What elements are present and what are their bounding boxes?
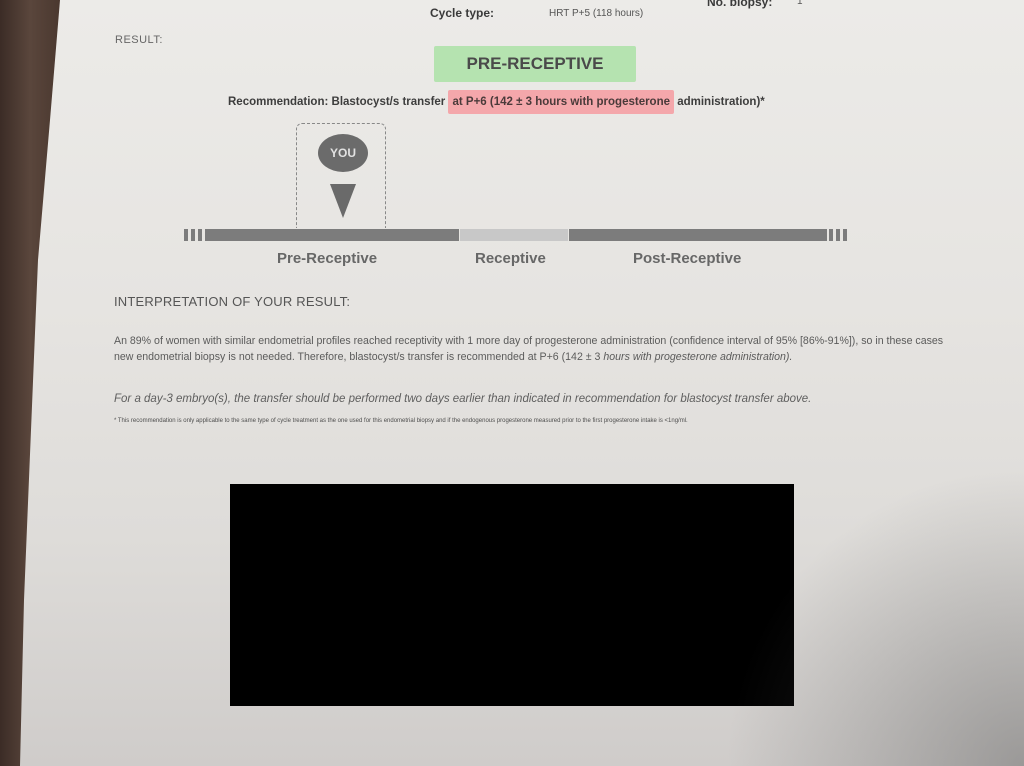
you-marker-label: YOU [330, 146, 356, 160]
result-value: PRE-RECEPTIVE [467, 54, 604, 74]
interpretation-main-text: An 89% of women with similar endometrial… [114, 335, 943, 363]
phase-bar-post-receptive [569, 229, 827, 241]
bar-stripe [843, 229, 847, 241]
phase-label-post-receptive: Post-Receptive [633, 250, 741, 267]
biopsy-label: No. biopsy: [707, 0, 772, 9]
interpretation-title: INTERPRETATION OF YOUR RESULT: [114, 294, 350, 309]
cycle-type-label: Cycle type: [430, 6, 494, 20]
recommendation-highlight: at P+6 (142 ± 3 hours with progesterone [448, 90, 674, 114]
footnote: * This recommendation is only applicable… [114, 416, 954, 427]
result-badge: PRE-RECEPTIVE [434, 46, 636, 82]
redacted-block [230, 484, 794, 706]
day3-embryo-note: For a day-3 embryo(s), the transfer shou… [114, 393, 811, 405]
interpretation-paragraph: An 89% of women with similar endometrial… [114, 333, 944, 365]
bar-stripe [829, 229, 833, 241]
interpretation-italic-text: hours with progesterone administration). [603, 351, 792, 363]
phase-bar-pre-receptive [205, 229, 459, 241]
phase-label-receptive: Receptive [475, 250, 546, 267]
biopsy-value: 1 [797, 0, 803, 7]
bar-stripe [191, 229, 195, 241]
down-arrow-icon [330, 184, 356, 218]
recommendation: Recommendation: Blastocyst/s transfer at… [228, 96, 765, 108]
phase-label-pre-receptive: Pre-Receptive [277, 250, 377, 267]
phase-bar-receptive [460, 229, 568, 241]
bar-stripe [836, 229, 840, 241]
report-page: Cycle type: HRT P+5 (118 hours) No. biop… [0, 0, 1024, 766]
result-label: RESULT: [115, 34, 163, 46]
bar-stripe [184, 229, 188, 241]
you-marker-bubble: YOU [318, 134, 368, 172]
bar-stripe [198, 229, 202, 241]
cycle-type-value: HRT P+5 (118 hours) [549, 8, 643, 19]
recommendation-prefix: Recommendation: Blastocyst/s transfer [228, 96, 448, 108]
recommendation-suffix: administration)* [674, 96, 765, 108]
